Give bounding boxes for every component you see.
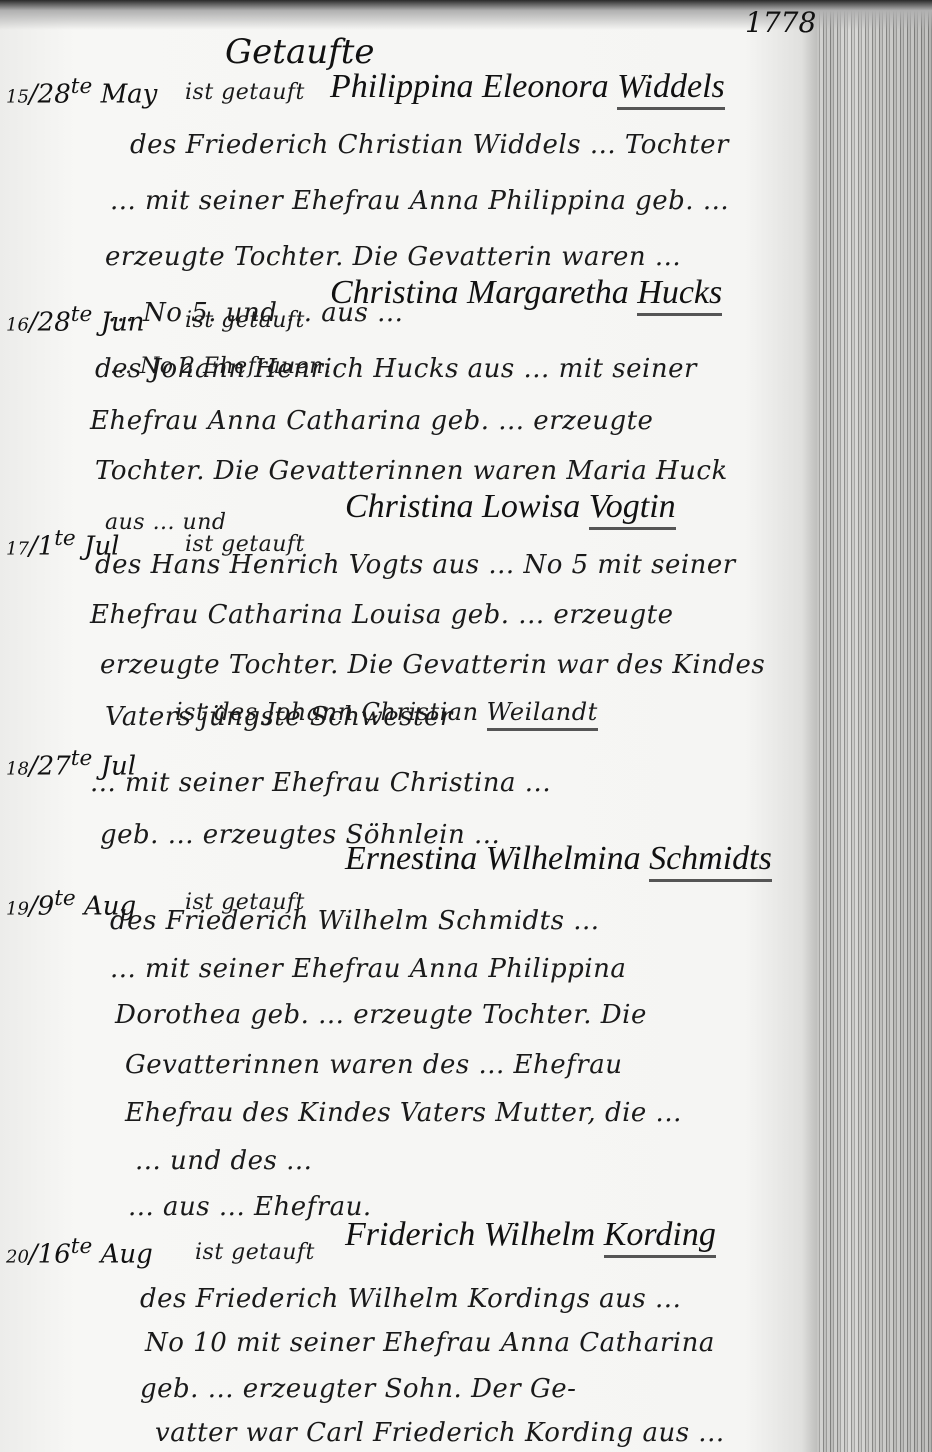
entry-text-line: ... und des ... (135, 1146, 312, 1176)
entry-text-line: ... mit seiner Ehefrau Christina ... (90, 768, 551, 798)
entry-text-line: ... mit seiner Ehefrau Anna Philippina g… (110, 186, 729, 216)
page-heading: Getaufte (225, 32, 374, 72)
entry-text-line: ... aus ... Ehefrau. (128, 1192, 372, 1222)
surname: Hucks (637, 274, 722, 316)
given-names: Christina Margaretha (330, 274, 629, 311)
entry-day: 28 (38, 80, 71, 110)
entry-text-line: des Friederich Wilhelm Schmidts ... (110, 906, 600, 936)
manuscript-page: 1778 Getaufte 15/28te May ist getauft Ph… (0, 0, 932, 1452)
book-binding-edge (817, 0, 932, 1452)
entry-day: 9 (38, 892, 55, 922)
entry-text-line: Ehefrau des Kindes Vaters Mutter, die ..… (125, 1098, 682, 1128)
surname: Widdels (617, 68, 725, 110)
entry-date: 20/16te Aug (6, 1234, 153, 1270)
register-number: 20 (6, 1247, 29, 1268)
entry-day: 16 (38, 1240, 71, 1270)
entry-text-line: des Johann Henrich Hucks aus ... mit sei… (95, 354, 697, 384)
entry-month: Jun (101, 308, 145, 338)
entry-text-line: geb. ... erzeugter Sohn. Der Ge- (140, 1374, 576, 1404)
given-names: Ernestina Wilhelmina (345, 840, 641, 877)
child-name: Philippina Eleonora Widdels (330, 68, 725, 106)
surname: Weilandt (487, 698, 598, 731)
given-names: Philippina Eleonora (330, 68, 609, 105)
entry-month: May (101, 80, 158, 110)
entry-text-line: des Friederich Christian Widdels ... Toc… (130, 130, 729, 160)
given-names: Friderich Wilhelm (345, 1216, 595, 1253)
register-number: 16 (6, 315, 29, 336)
child-name: Friderich Wilhelm Kording (345, 1216, 716, 1254)
page-year: 1778 (745, 6, 816, 39)
register-number: 17 (6, 539, 29, 560)
entry-text-line: Tochter. Die Gevatterinnen waren Maria H… (95, 456, 728, 486)
entry-verb-line: ist des Johann Christian Weilandt (175, 698, 598, 726)
entry-text-line: Ehefrau Catharina Louisa geb. ... erzeug… (90, 600, 674, 630)
entry-verb: ist getauft (195, 1240, 315, 1265)
entry-day: 27 (38, 752, 71, 782)
entry-text-line: des Friederich Wilhelm Kordings aus ... (140, 1284, 681, 1314)
entry-text-line: ... mit seiner Ehefrau Anna Philippina (110, 954, 626, 984)
surname: Kording (604, 1216, 716, 1258)
register-number: 19 (6, 899, 29, 920)
entry-day: 28 (38, 308, 71, 338)
register-number: 18 (6, 759, 29, 780)
entry-verb: ist getauft (185, 80, 305, 105)
entry-text-line: No 10 mit seiner Ehefrau Anna Catharina (145, 1328, 715, 1358)
entry-text-line: Dorothea geb. ... erzeugte Tochter. Die (115, 1000, 647, 1030)
entry-text-line: vatter war Carl Friederich Kording aus .… (155, 1418, 725, 1448)
entry-date: 15/28te May (6, 74, 157, 110)
entry-text-line: erzeugte Tochter. Die Gevatterin war des… (100, 650, 765, 680)
entry-date: 16/28te Jun (6, 302, 144, 338)
child-name: Christina Lowisa Vogtin (345, 488, 676, 526)
surname: Schmidts (649, 840, 772, 882)
child-name: Ernestina Wilhelmina Schmidts (345, 840, 772, 878)
entry-text-line: des Hans Henrich Vogts aus ... No 5 mit … (95, 550, 736, 580)
entry-day: 1 (38, 532, 55, 562)
entry-text-line: Ehefrau Anna Catharina geb. ... erzeugte (90, 406, 653, 436)
register-number: 15 (6, 87, 29, 108)
entry-verb: ist getauft (185, 308, 305, 333)
surname: Vogtin (589, 488, 676, 530)
child-name: Christina Margaretha Hucks (330, 274, 722, 312)
entry-text-line: erzeugte Tochter. Die Gevatterin waren .… (105, 242, 681, 272)
entry-month: Aug (101, 1240, 153, 1270)
entry-text-line: Gevatterinnen waren des ... Ehefrau (125, 1050, 622, 1080)
entry-verb: ist des Johann Christian (175, 698, 479, 726)
given-names: Christina Lowisa (345, 488, 580, 525)
